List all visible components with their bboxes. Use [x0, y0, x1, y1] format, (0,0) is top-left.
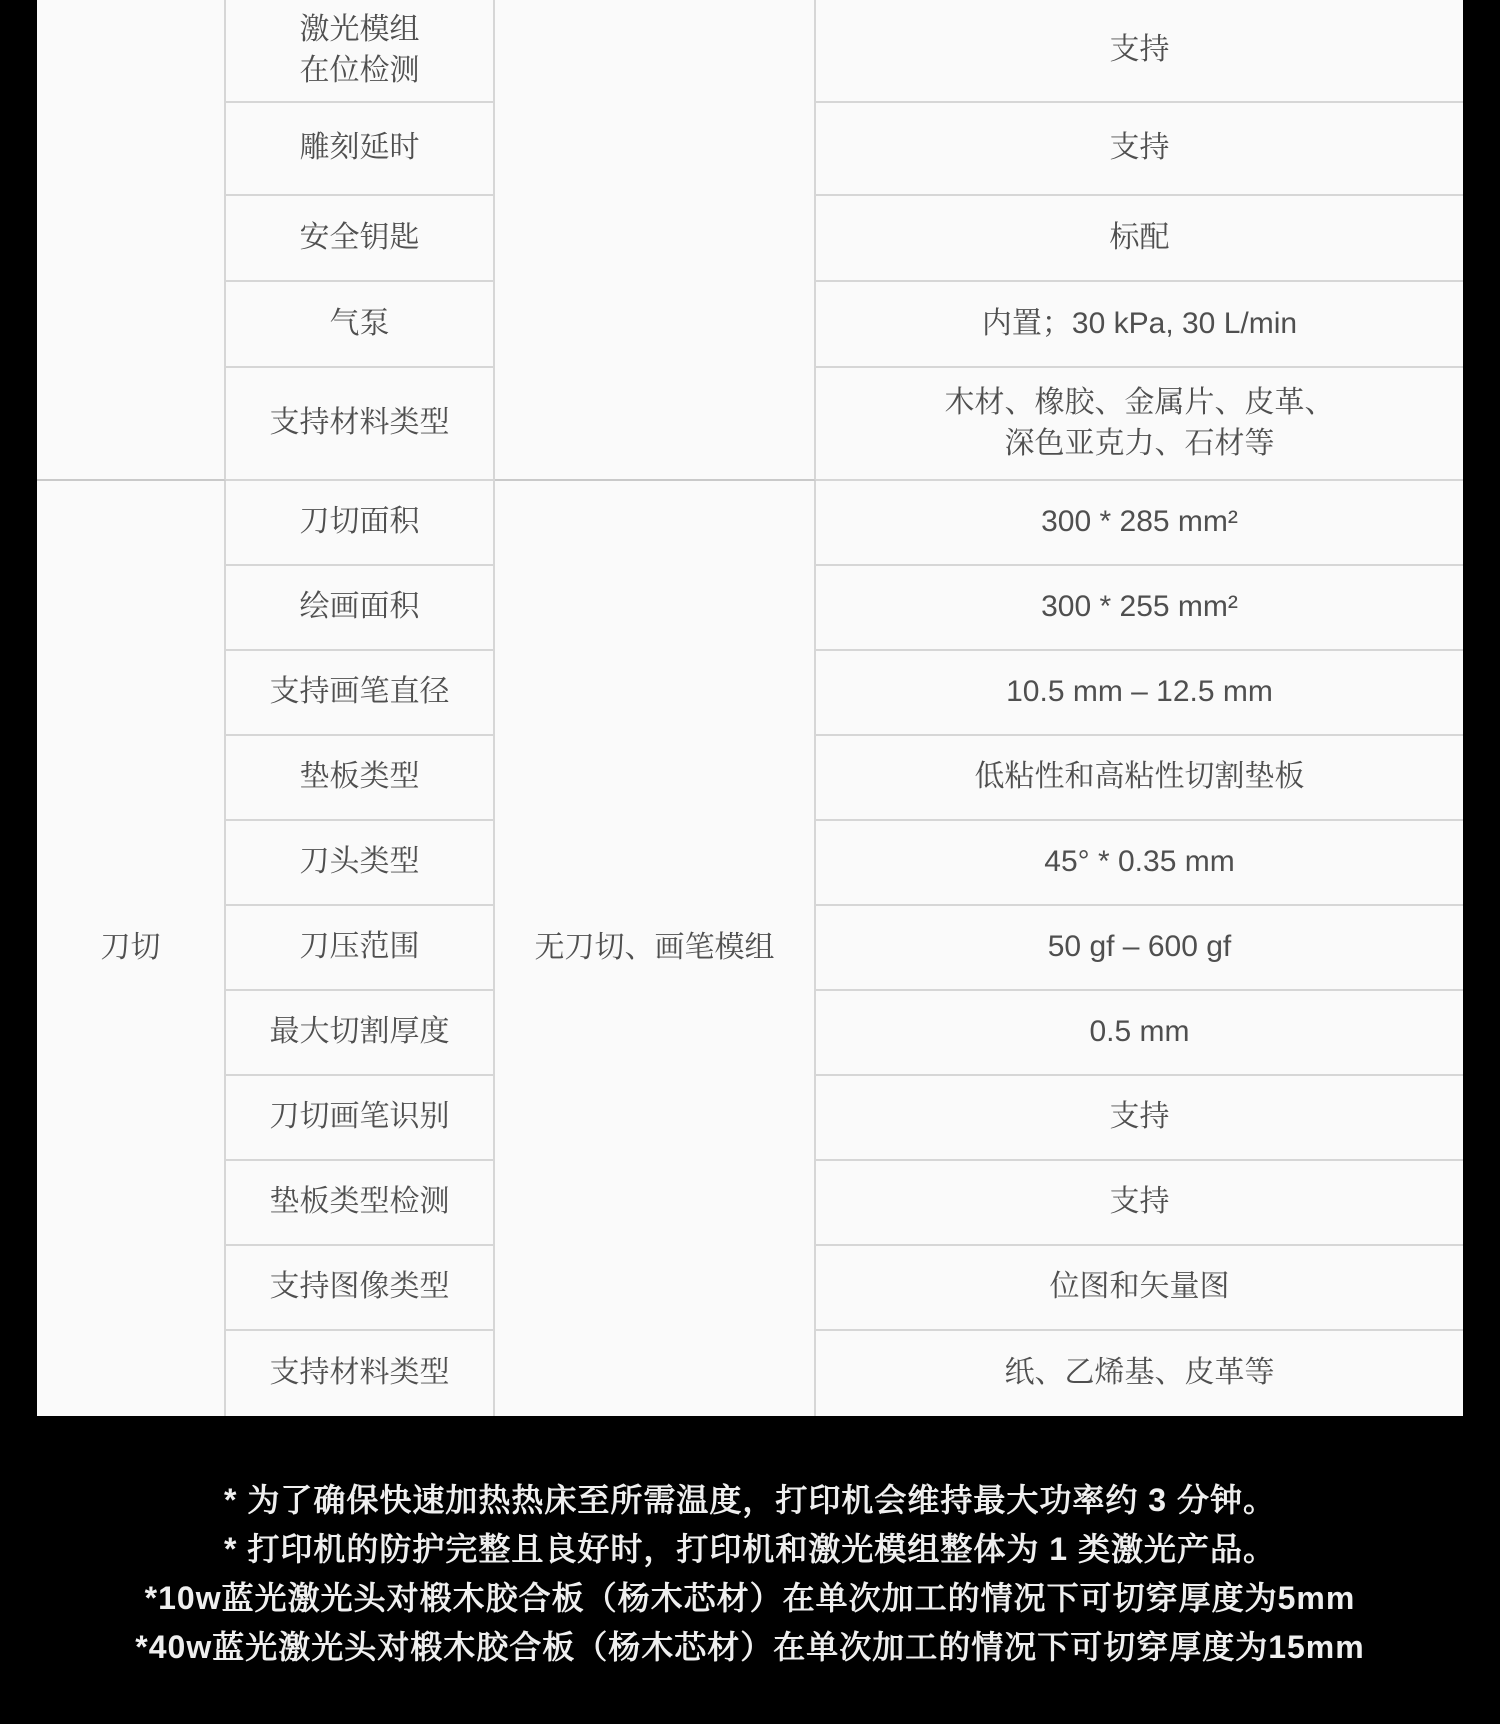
footnote-line: *40w蓝光激光头对椴木胶合板（杨木芯材）在单次加工的情况下可切穿厚度为15mm — [0, 1623, 1500, 1672]
spec-cell: 刀切面积 — [226, 481, 495, 566]
value-cell: 纸、乙烯基、皮革等 — [816, 1331, 1463, 1416]
value-cell: 支持 — [816, 1161, 1463, 1246]
footnotes: * 为了确保快速加热热床至所需温度，打印机会维持最大功率约 3 分钟。 * 打印… — [0, 1476, 1500, 1672]
module-label-knife: 无刀切、画笔模组 — [535, 928, 775, 969]
spec-cell: 支持画笔直径 — [226, 651, 495, 736]
product-spec-page: 刀切 无刀切、画笔模组 激光模组 在位检测 雕刻延时 安全钥匙 气泵 支持材料类… — [0, 0, 1500, 1724]
value-cell: 支持 — [816, 103, 1463, 196]
spec-cell: 垫板类型检测 — [226, 1161, 495, 1246]
value-cell: 300 * 255 mm² — [816, 566, 1463, 651]
category-cell-laser — [37, 0, 226, 481]
spec-cell: 激光模组 在位检测 — [226, 0, 495, 103]
spec-cell: 最大切割厚度 — [226, 991, 495, 1076]
value-cell: 10.5 mm – 12.5 mm — [816, 651, 1463, 736]
spec-cell: 垫板类型 — [226, 736, 495, 821]
spec-cell: 安全钥匙 — [226, 196, 495, 282]
spec-cell: 雕刻延时 — [226, 103, 495, 196]
value-cell: 0.5 mm — [816, 991, 1463, 1076]
value-cell: 50 gf – 600 gf — [816, 906, 1463, 991]
footnote-line: *10w蓝光激光头对椴木胶合板（杨木芯材）在单次加工的情况下可切穿厚度为5mm — [0, 1574, 1500, 1623]
spec-cell: 气泵 — [226, 282, 495, 368]
value-cell: 内置；30 kPa, 30 L/min — [816, 282, 1463, 368]
value-cell: 45° * 0.35 mm — [816, 821, 1463, 906]
spec-cell: 支持材料类型 — [226, 368, 495, 481]
value-cell: 标配 — [816, 196, 1463, 282]
value-cell: 支持 — [816, 0, 1463, 103]
value-cell: 低粘性和高粘性切割垫板 — [816, 736, 1463, 821]
footnote-line: * 打印机的防护完整且良好时，打印机和激光模组整体为 1 类激光产品。 — [0, 1525, 1500, 1574]
value-cell: 位图和矢量图 — [816, 1246, 1463, 1331]
spec-table: 刀切 无刀切、画笔模组 激光模组 在位检测 雕刻延时 安全钥匙 气泵 支持材料类… — [37, 0, 1463, 1416]
module-cell-laser — [495, 0, 816, 481]
footnote-line: * 为了确保快速加热热床至所需温度，打印机会维持最大功率约 3 分钟。 — [0, 1476, 1500, 1525]
spec-cell: 支持材料类型 — [226, 1331, 495, 1416]
category-cell-knife: 刀切 — [37, 481, 226, 1416]
value-cell: 支持 — [816, 1076, 1463, 1161]
module-cell-knife: 无刀切、画笔模组 — [495, 481, 816, 1416]
spec-cell: 绘画面积 — [226, 566, 495, 651]
spec-cell: 刀切画笔识别 — [226, 1076, 495, 1161]
spec-cell: 刀头类型 — [226, 821, 495, 906]
spec-cell: 支持图像类型 — [226, 1246, 495, 1331]
spec-cell: 刀压范围 — [226, 906, 495, 991]
value-cell: 300 * 285 mm² — [816, 481, 1463, 566]
category-label-knife: 刀切 — [101, 928, 161, 969]
value-cell: 木材、橡胶、金属片、皮革、 深色亚克力、石材等 — [816, 368, 1463, 481]
